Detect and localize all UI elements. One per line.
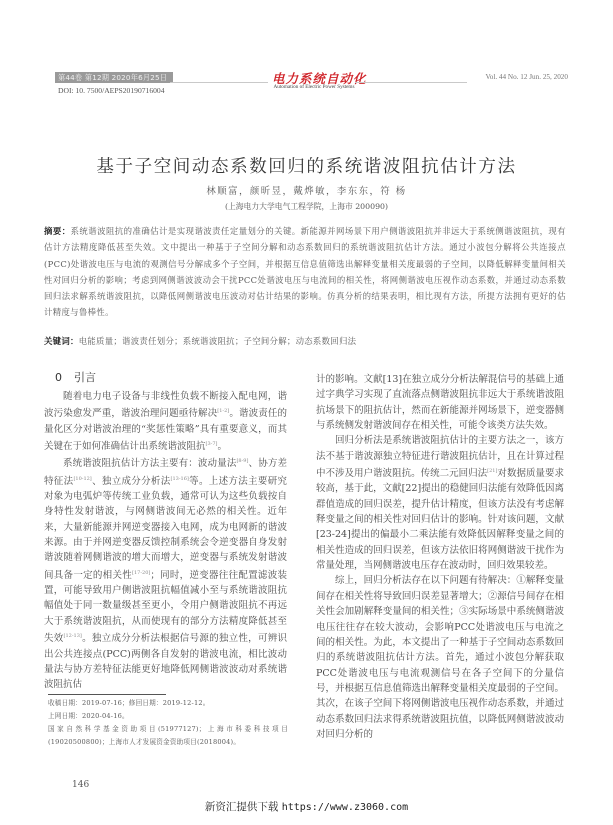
- watermark-url[interactable]: https://www.z3060.com: [282, 802, 408, 813]
- header-divider-right: [355, 82, 467, 83]
- citation: [3-7]: [206, 441, 218, 447]
- abstract: 摘要：系统谐波阻抗的准确估计是实现谐波责任定量划分的关键。新能源并网场景下用户侧…: [44, 223, 566, 321]
- watermark-text: 新资汇提供下载: [205, 801, 282, 813]
- paragraph: 系统谐波阻抗估计方法主要有：波动量法[8-9]、协方差特征法[10-12]、独立…: [44, 454, 287, 692]
- affiliation: (上海电力大学电气工程学院，上海市 200090): [0, 201, 613, 212]
- section-title: 引言: [74, 371, 96, 384]
- online-date: 上网日期：2020-04-16。: [48, 710, 288, 723]
- footnotes: 收稿日期：2019-07-16；修回日期：2019-12-12。 上网日期：20…: [48, 697, 288, 749]
- keywords: 关键词：电能质量；谐波责任划分；系统谐波阻抗；子空间分解；动态系数回归法: [44, 334, 566, 348]
- authors: 林顺富，颜昕昱，戴烨敏，李东东，符 杨: [0, 183, 613, 197]
- download-watermark: 新资汇提供下载 https://www.z3060.com: [0, 799, 613, 814]
- journal-logo-en: Automation of Electric Power Systems: [258, 84, 370, 90]
- abstract-text: 系统谐波阻抗的准确估计是实现谐波责任定量划分的关键。新能源并网场景下用户侧谐波阻…: [44, 226, 566, 317]
- citation: [10-12]: [73, 476, 91, 482]
- issue-info-bar: 第44卷 第12期 2020年6月25日: [55, 72, 173, 83]
- citation: [17-20]: [132, 570, 150, 576]
- citation: [13-16]: [171, 476, 189, 482]
- doi: DOI: 10. 7500/AEPS20190716004: [58, 86, 165, 95]
- volume-info: Vol. 44 No. 12 Jun. 25, 2020: [448, 73, 568, 81]
- paragraph: 随着电力电子设备与非线性负载不断接入配电网，谐波污染愈发严重，谐波治理问题亟待解…: [44, 389, 287, 454]
- right-column: 计的影响。文献[13]在独立成分分析法解混信号的基础上通过字典学习实现了直流落点…: [316, 372, 564, 742]
- citation: [8-9]: [236, 458, 248, 464]
- received-date: 收稿日期：2019-07-16；修回日期：2019-12-12。: [48, 697, 288, 710]
- paragraph: 计的影响。文献[13]在独立成分分析法解混信号的基础上通过字典学习实现了直流落点…: [316, 372, 564, 433]
- citation: [12-13]: [64, 633, 82, 639]
- paragraph: 综上，回归分析法存在以下问题有待解决：①解释变量间存在相关性将导致回归误差显著增…: [316, 573, 564, 742]
- citation: [21]: [487, 468, 497, 474]
- header-divider-left: [170, 82, 268, 83]
- paragraph: 回归分析法是系统谐波阻抗估计的主要方法之一，该方法不基于谐波源独立特征进行谐波阻…: [316, 433, 564, 573]
- funding-note: 国家自然科学基金资助项目(51977127)；上海市科委科技项目(1902050…: [48, 723, 288, 749]
- abstract-label: 摘要：: [44, 226, 71, 236]
- left-column: 随着电力电子设备与非线性负载不断接入配电网，谐波污染愈发严重，谐波治理问题亟待解…: [44, 389, 287, 693]
- citation: [1-2]: [217, 408, 229, 414]
- footnote-divider: [48, 694, 166, 695]
- keywords-text: 电能质量；谐波责任划分；系统谐波阻抗；子空间分解；动态系数回归法: [79, 336, 357, 346]
- page-number: 146: [72, 780, 89, 790]
- section-number: 0: [55, 371, 62, 384]
- keywords-label: 关键词：: [44, 336, 79, 346]
- paper-title: 基于子空间动态系数回归的系统谐波阻抗估计方法: [0, 153, 613, 178]
- section-heading: 0引言: [55, 369, 96, 385]
